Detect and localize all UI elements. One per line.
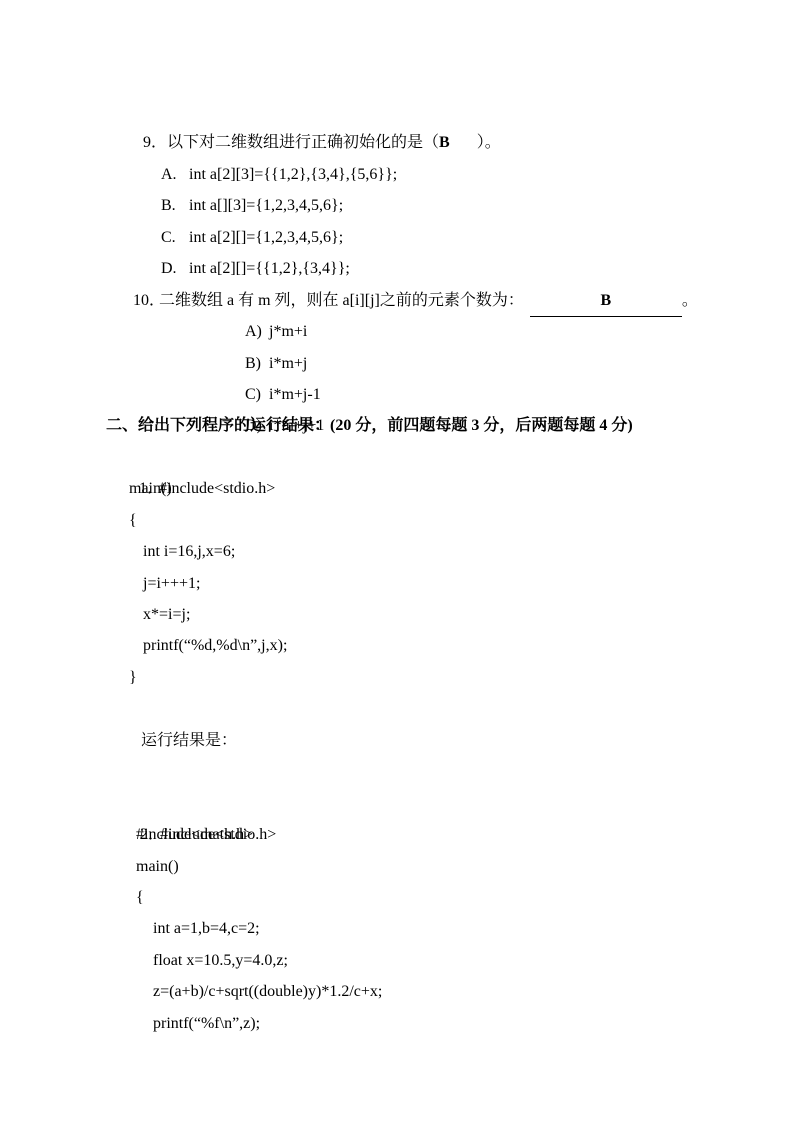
- code-line: }: [129, 669, 137, 686]
- question-10-stem-suffix: 。: [682, 292, 698, 309]
- question-9-stem: 9．以下对二维数组进行正确初始化的是（B）。: [0, 96, 800, 127]
- document-page: 9．以下对二维数组进行正确初始化的是（B）。 A.int a[2][3]={{1…: [0, 0, 800, 1132]
- spacer: [0, 756, 800, 787]
- question-10-text: 二维数组 a 有 m 列，则在 a[i][j]之前的元素个数为：: [159, 292, 524, 309]
- program-1-line-declare: int i=16,j,x=6;: [0, 536, 800, 567]
- question-9-answer: B: [439, 134, 450, 151]
- question-9-number: 9．: [143, 127, 167, 158]
- code-line: j=i+++1;: [143, 575, 200, 592]
- program-2-line-include-stdio: 2．#include<stdio.h>: [0, 788, 800, 819]
- code-line: int a=1,b=4,c=2;: [153, 920, 260, 937]
- code-line: {: [129, 512, 137, 529]
- question-9-stem-suffix: ）。: [477, 134, 501, 151]
- option-label: C.: [161, 222, 189, 253]
- option-label: B.: [161, 190, 189, 221]
- option-label: C): [245, 379, 269, 410]
- program-2-line-open-brace: {: [0, 882, 800, 913]
- option-label: A.: [161, 159, 189, 190]
- program-2-line-declare-int: int a=1,b=4,c=2;: [0, 913, 800, 944]
- option-text: int a[][3]={1,2,3,4,5,6};: [189, 197, 343, 214]
- code-line: #include<stdio.h>: [159, 480, 275, 497]
- exam-content: 9．以下对二维数组进行正确初始化的是（B）。 A.int a[2][3]={{1…: [0, 0, 800, 1039]
- code-line: {: [136, 889, 144, 906]
- code-line: printf(“%f\n”,z);: [153, 1015, 260, 1032]
- program-1-line-close-brace: }: [0, 662, 800, 693]
- question-9-option-d: D.int a[2][]={{1,2},{3,4}};: [0, 222, 800, 253]
- code-line: #include<math.h>: [136, 826, 253, 843]
- code-line: int i=16,j,x=6;: [143, 543, 235, 560]
- code-line: main(): [129, 480, 172, 497]
- program-2-line-declare-float: float x=10.5,y=4.0,z;: [0, 945, 800, 976]
- option-text: j*m+i: [269, 323, 307, 340]
- program-1-line-assign-x: x*=i=j;: [0, 599, 800, 630]
- program-1-line-include: 1．#include<stdio.h>: [0, 442, 800, 473]
- spacer: [0, 693, 800, 724]
- option-label: A): [245, 316, 269, 347]
- question-9-option-c: C.int a[2][]={1,2,3,4,5,6};: [0, 190, 800, 221]
- section-2-heading: 二、给出下列程序的运行结果：(20 分，前四题每题 3 分，后两题每题 4 分): [0, 410, 800, 441]
- code-line: main(): [136, 858, 179, 875]
- code-line: z=(a+b)/c+sqrt((double)y)*1.2/c+x;: [153, 983, 382, 1000]
- option-label: D.: [161, 253, 189, 284]
- question-10-number: 10．: [133, 285, 159, 316]
- question-10-stem: 10．二维数组 a 有 m 列，则在 a[i][j]之前的元素个数为：B。: [0, 253, 800, 284]
- code-line: x*=i=j;: [143, 606, 190, 623]
- option-text: int a[2][3]={{1,2},{3,4},{5,6}};: [189, 166, 397, 183]
- question-10-answer-blank: B: [530, 285, 682, 317]
- program-1-line-printf: printf(“%d,%d\n”,j,x);: [0, 630, 800, 661]
- program-1-result-label: 运行结果是：: [0, 725, 800, 756]
- option-text: i*m+j: [269, 355, 307, 372]
- program-1-line-assign-j: j=i+++1;: [0, 568, 800, 599]
- code-line: float x=10.5,y=4.0,z;: [153, 952, 288, 969]
- question-10-option-d: D)i*m+j+1: [0, 379, 800, 410]
- option-text: int a[2][]={1,2,3,4,5,6};: [189, 229, 343, 246]
- question-10-option-c: C)i*m+j-1: [0, 348, 800, 379]
- code-line: printf(“%d,%d\n”,j,x);: [143, 637, 287, 654]
- option-text: int a[2][]={{1,2},{3,4}};: [189, 260, 350, 277]
- option-label: B): [245, 348, 269, 379]
- program-2-line-assign-z: z=(a+b)/c+sqrt((double)y)*1.2/c+x;: [0, 976, 800, 1007]
- question-9-text: 以下对二维数组进行正确初始化的是（: [167, 134, 439, 151]
- option-text: i*m+j-1: [269, 386, 321, 403]
- program-2-line-printf: printf(“%f\n”,z);: [0, 1008, 800, 1039]
